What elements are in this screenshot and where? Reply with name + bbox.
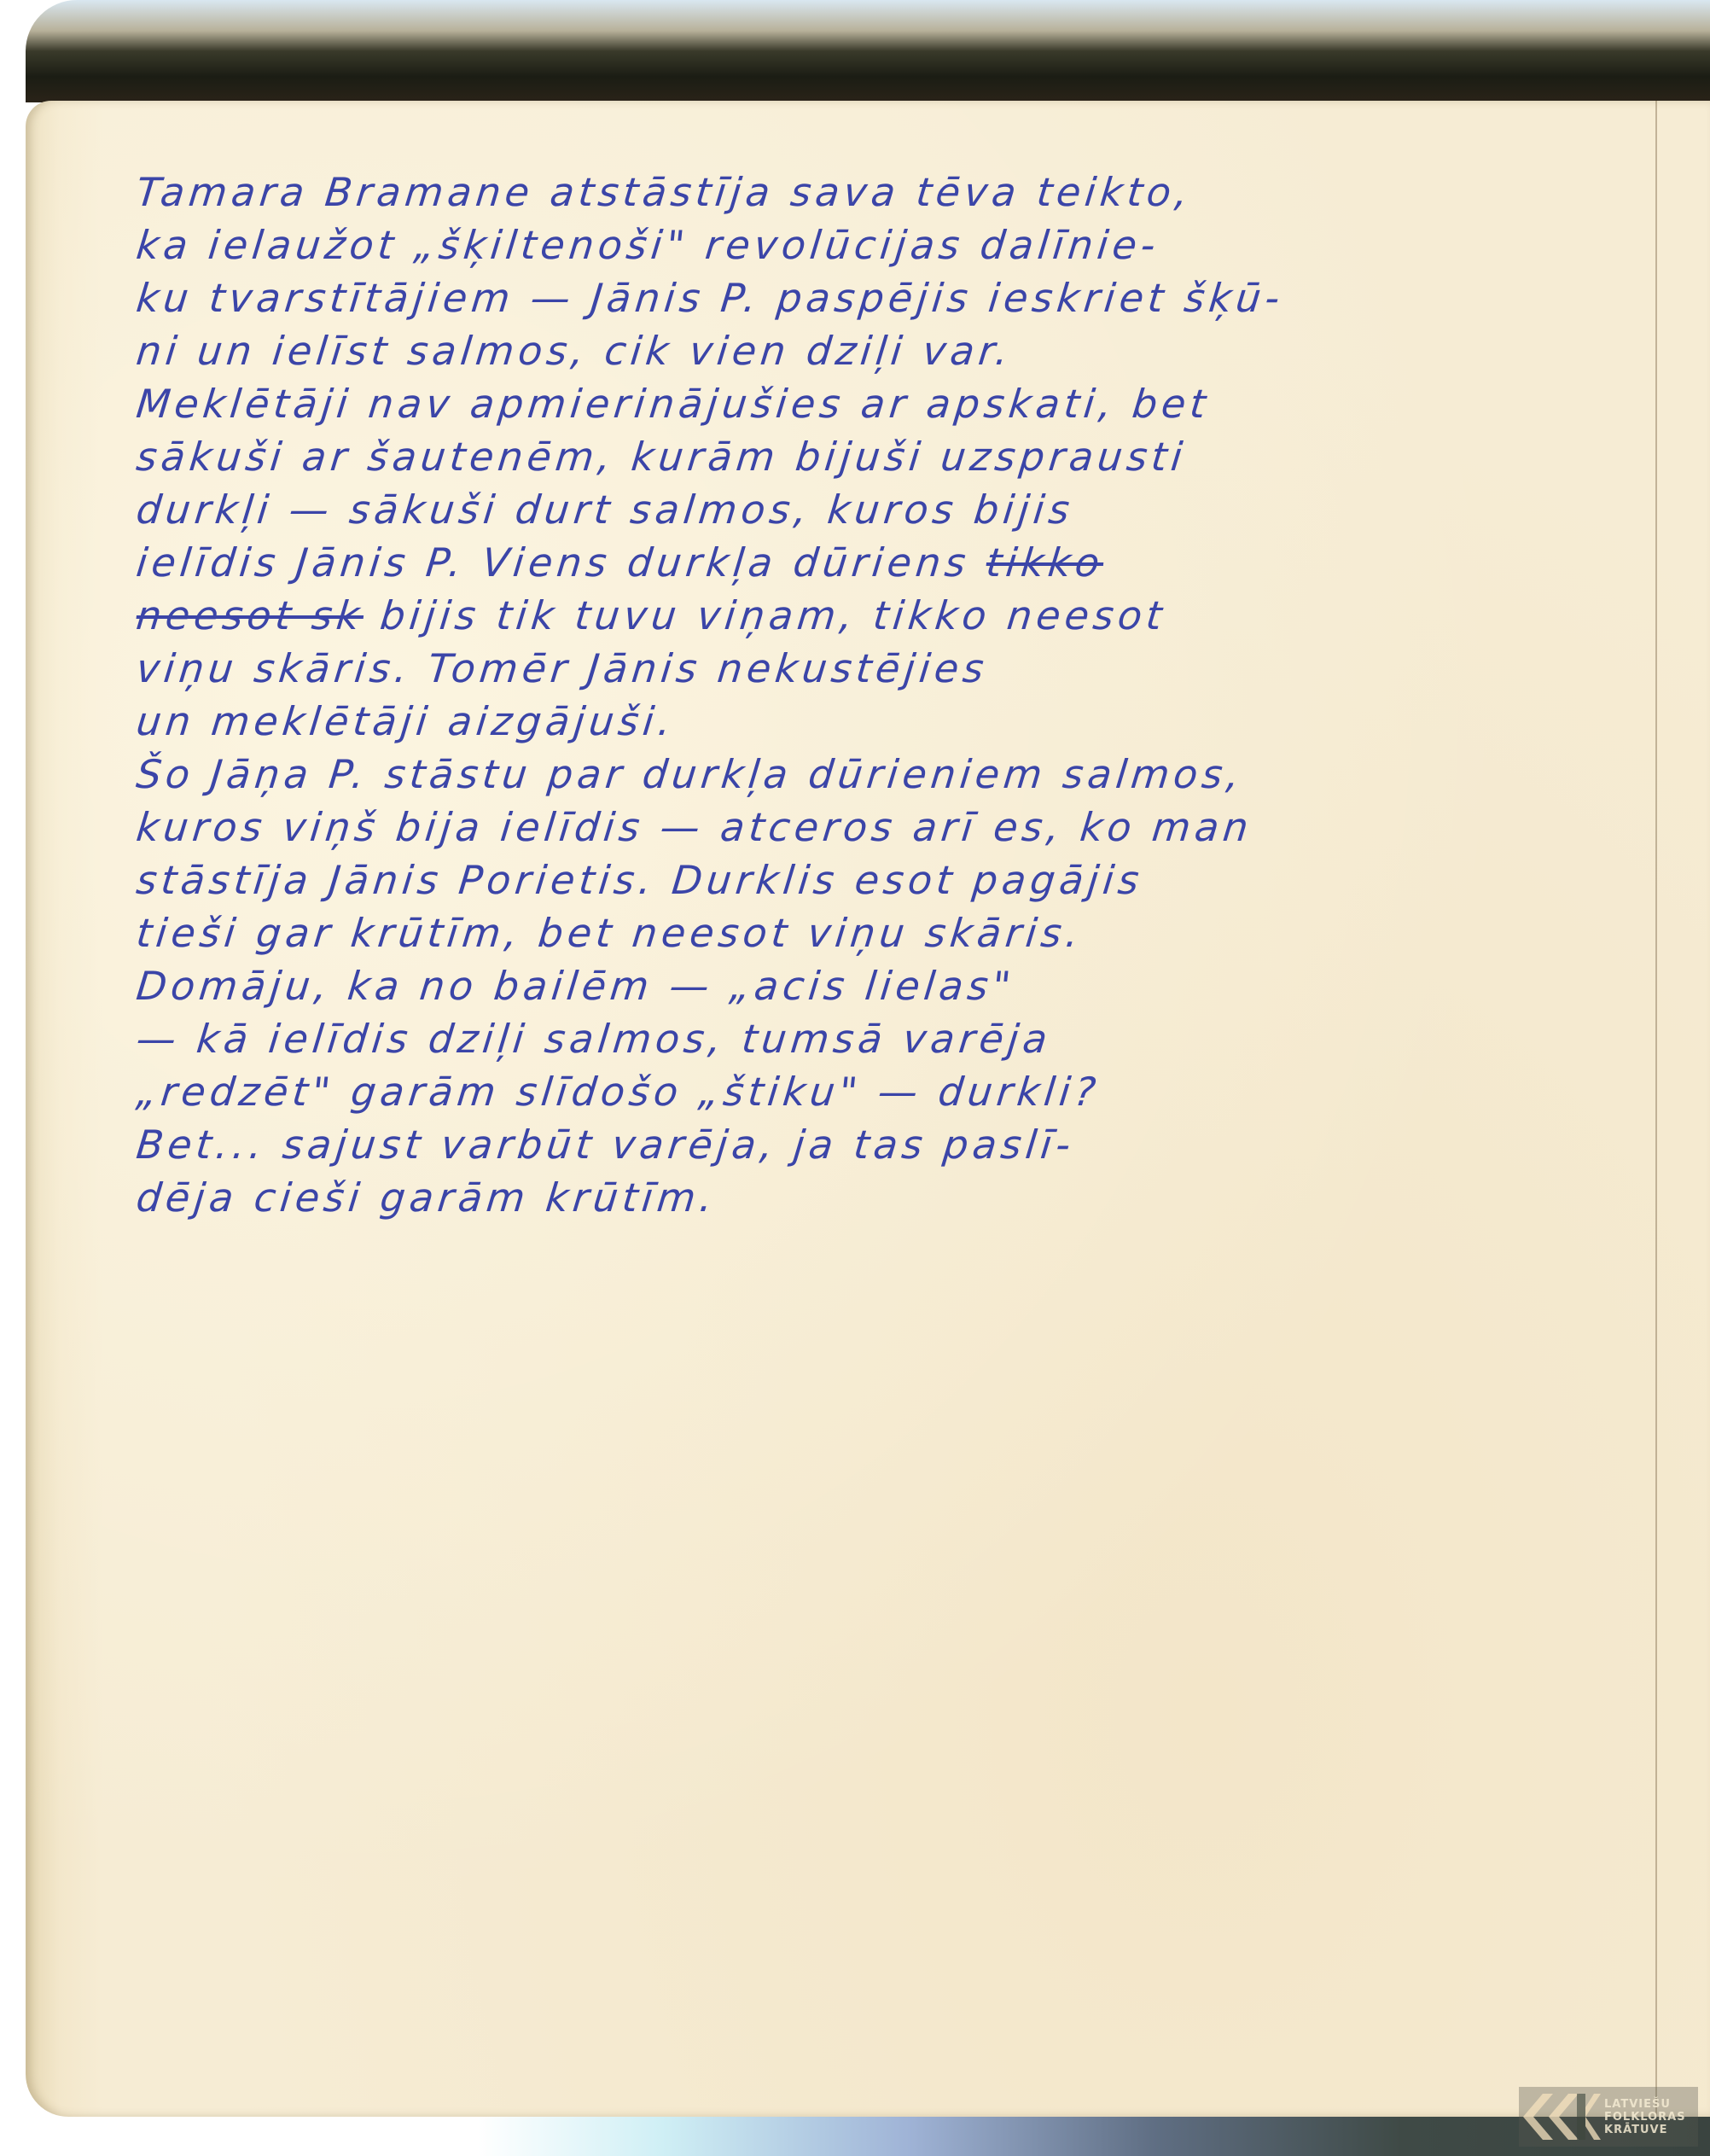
text-line: — kā ielīdis dziļi salmos, tumsā varēja [135, 1022, 1640, 1056]
text-line: sākuši ar šautenēm, kurām bijuši uzsprau… [135, 440, 1640, 474]
text-line: Bet... sajust varbūt varēja, ja tas pasl… [135, 1128, 1640, 1162]
logo-text: LATVIEŠU FOLKLORAS KRĀTUVE [1604, 2098, 1686, 2136]
text-line: durkļi — sākuši durt salmos, kuros bijis [135, 492, 1640, 527]
lfk-logo-icon [1519, 2087, 1604, 2147]
text-line: ni un ielīst salmos, cik vien dziļi var. [135, 334, 1640, 368]
struck-word: tikko [984, 539, 1106, 586]
text-line: Domāju, ka no bailēm — „acis lielas" [135, 969, 1640, 1003]
text-line: un meklētāji aizgājuši. [135, 704, 1640, 738]
logo-line-3: KRĀTUVE [1604, 2124, 1686, 2136]
text-line: ielīdis Jānis P. Viens durkļa dūriens ti… [135, 545, 1640, 580]
text-line: viņu skāris. Tomēr Jānis nekustējies [135, 651, 1640, 685]
page-fold-line [1655, 101, 1657, 2117]
logo-line-2: FOLKLORAS [1604, 2111, 1686, 2124]
line-text: ielīdis Jānis P. Viens durkļa dūriens [134, 539, 972, 586]
text-line: Šo Jāņa P. stāstu par durkļa dūrieniem s… [135, 757, 1640, 791]
text-line: „redzēt" garām slīdošo „štiku" — durkli? [135, 1075, 1640, 1109]
text-line: ku tvarstītājiem — Jānis P. paspējis ies… [135, 281, 1640, 315]
text-line: tieši gar krūtīm, bet neesot viņu skāris… [135, 916, 1640, 950]
text-line: neesot sk bijis tik tuvu viņam, tikko ne… [135, 598, 1640, 632]
notebook-top-edge [26, 0, 1710, 102]
text-line: Tamara Bramane atstāstīja sava tēva teik… [135, 175, 1640, 209]
struck-word: neesot sk [134, 592, 366, 638]
text-line: Meklētāji nav apmierinājušies ar apskati… [135, 387, 1640, 421]
logo-line-1: LATVIEŠU [1604, 2098, 1686, 2111]
text-line: dēja cieši garām krūtīm. [135, 1180, 1640, 1215]
text-line: ka ielaužot „šķiltenoši" revolūcijas dal… [135, 228, 1640, 262]
line-text: bijis tik tuvu viņam, tikko neesot [378, 592, 1168, 638]
archive-watermark-logo: LATVIEŠU FOLKLORAS KRĀTUVE [1519, 2087, 1698, 2147]
handwritten-text: Tamara Bramane atstāstīja sava tēva teik… [137, 175, 1638, 1233]
text-line: stāstīja Jānis Porietis. Durklis esot pa… [135, 863, 1640, 897]
text-line: kuros viņš bija ielīdis — atceros arī es… [135, 810, 1640, 844]
